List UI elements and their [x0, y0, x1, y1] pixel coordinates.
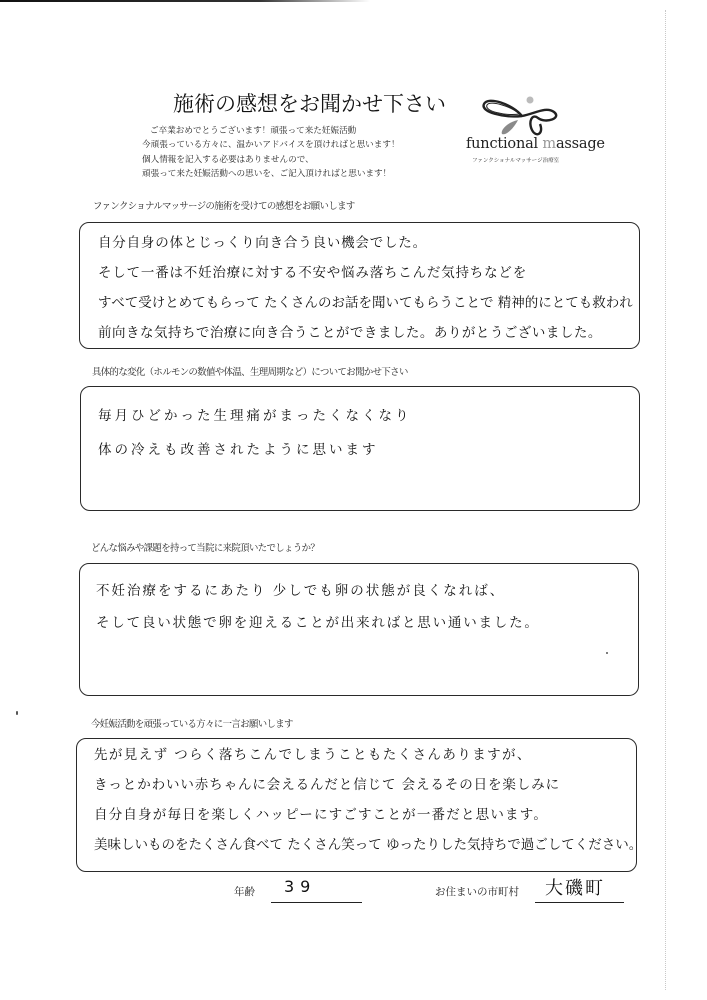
intro-line: ご卒業おめでとうございます！頑張って来た妊娠活動: [150, 124, 400, 138]
city-value: 大磯町: [545, 874, 605, 900]
question-2-label: 具体的な変化（ホルモンの数値や体温、生理周期など）についてお聞かせ下さい: [92, 364, 408, 378]
ink-speck: [606, 652, 608, 654]
answer-line: 先が見えず つらく落ちこんでしまうこともたくさんありますが、: [94, 740, 642, 770]
logo-wordmark-part: functional: [466, 136, 542, 152]
city-label: お住まいの市町村: [435, 884, 519, 899]
answer-1-text: 自分自身の体とじっくり向き合う良い機会でした。 そして一番は不妊治療に対する不安…: [98, 228, 633, 348]
answer-line: 美味しいものをたくさん食べて たくさん笑って ゆったりした気持ちで過ごしてくださ…: [94, 830, 642, 860]
intro-line: 今頑張っている方々に、温かいアドバイスを頂ければと思います！: [142, 138, 400, 152]
question-4-label: 今妊娠活動を頑張っている方々に一言お願いします: [91, 716, 293, 730]
answer-line: 自分自身の体とじっくり向き合う良い機会でした。: [98, 228, 633, 258]
answer-line: そして一番は不妊治療に対する不安や悩み落ちこんだ気持ちなどを: [98, 258, 633, 288]
fold-line: [665, 10, 666, 990]
ink-speck: [16, 711, 18, 715]
age-label: 年齢: [234, 884, 255, 899]
answer-line: 前向きな気持ちで治療に向き合うことができました。ありがとうございました。: [98, 318, 633, 348]
answer-line: きっとかわいい赤ちゃんに会えるんだと信じて 会えるその日を楽しみに: [94, 770, 642, 800]
answer-2-text: 毎月ひどかった生理痛がまったくなくなり 体の冷えも改善されたように思います: [98, 397, 412, 465]
intro-text: ご卒業おめでとうございます！頑張って来た妊娠活動 今頑張っている方々に、温かいア…: [150, 124, 400, 181]
scan-edge: [0, 0, 370, 2]
logo: functional massage ファンクショナルマッサージ治療室: [466, 92, 586, 172]
city-underline: [535, 902, 624, 903]
intro-line: 個人情報を記入する必要はありませんので、: [142, 153, 400, 167]
ribbon-flower-icon: [474, 92, 574, 140]
logo-subtitle: ファンクショナルマッサージ治療室: [472, 156, 559, 164]
answer-line: 毎月ひどかった生理痛がまったくなくなり: [98, 397, 412, 435]
answer-line: すべて受けとめてもらって たくさんのお話を聞いてもらうことで 精神的にとても救わ…: [98, 288, 633, 318]
logo-wordmark-part: assage: [556, 136, 605, 152]
logo-wordmark: functional massage: [466, 136, 605, 152]
age-value: 39: [284, 877, 316, 896]
answer-4-text: 先が見えず つらく落ちこんでしまうこともたくさんありますが、 きっとかわいい赤ち…: [94, 740, 642, 860]
answer-line: 不妊治療をするにあたり 少しでも卵の状態が良くなれば、: [96, 574, 540, 608]
answer-3-text: 不妊治療をするにあたり 少しでも卵の状態が良くなれば、 そして良い状態で卵を迎え…: [96, 574, 540, 638]
question-3-label: どんな悩みや課題を持って当院に来院頂いたでしょうか？: [91, 540, 319, 554]
logo-wordmark-m: m: [542, 136, 556, 152]
intro-line: 頑張って来た妊娠活動への思いを、ご記入頂ければと思います！: [142, 167, 400, 181]
page-title: 施術の感想をお聞かせ下さい: [173, 88, 446, 118]
answer-line: 自分自身が毎日を楽しくハッピーにすごすことが一番だと思います。: [94, 800, 642, 830]
question-1-label: ファンクショナルマッサージの施術を受けての感想をお願いします: [93, 198, 355, 212]
age-underline: [271, 902, 362, 903]
answer-line: そして良い状態で卵を迎えることが出来ればと思い通いました。: [96, 608, 540, 638]
answer-line: 体の冷えも改善されたように思います: [98, 435, 412, 465]
